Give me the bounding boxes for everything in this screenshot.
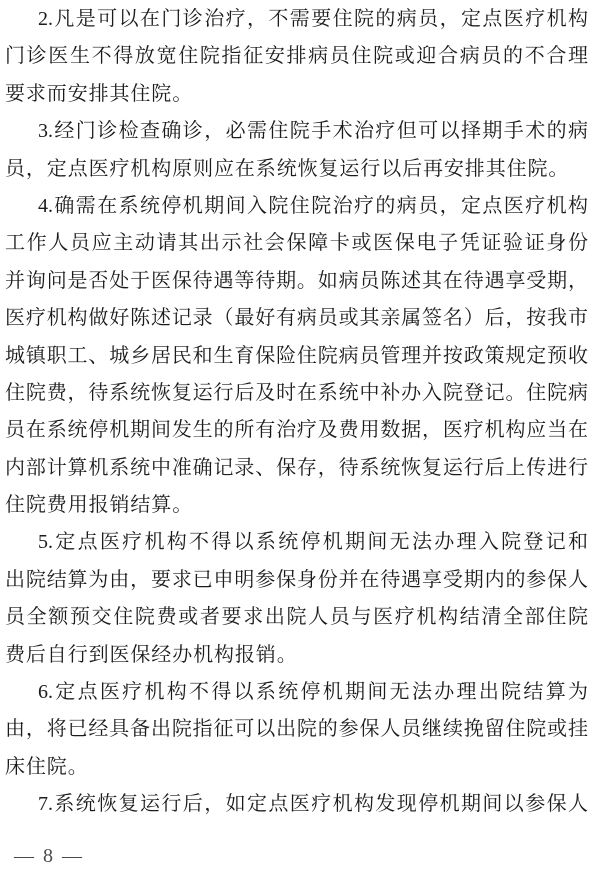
text-line: 出院结算为由，要求已申明参保身份并在待遇享受期内的参保人: [5, 562, 588, 599]
text-line: 7.系统恢复运行后，如定点医疗机构发现停机期间以参保人: [5, 786, 588, 823]
text-line: 6.定点医疗机构不得以系统停机期间无法办理出院结算为: [5, 674, 588, 711]
text-line: 2.凡是可以在门诊治疗，不需要住院的病员，定点医疗机构: [5, 1, 588, 38]
document-body: 2.凡是可以在门诊治疗，不需要住院的病员，定点医疗机构门诊医生不得放宽住院指征安…: [5, 1, 588, 824]
text-line: 5.定点医疗机构不得以系统停机期间无法办理入院登记和: [5, 524, 588, 561]
text-line: 4.确需在系统停机期间入院住院治疗的病员，定点医疗机构: [5, 188, 588, 225]
text-line: 工作人员应主动请其出示社会保障卡或医保电子凭证验证身份: [5, 225, 588, 262]
text-line: 员全额预交住院费或者要求出院人员与医疗机构结清全部住院: [5, 599, 588, 636]
text-line: 城镇职工、城乡居民和生育保险住院病员管理并按政策规定预收: [5, 338, 588, 375]
text-line: 费后自行到医保经办机构报销。: [5, 637, 588, 674]
text-line: 3.经门诊检查确诊，必需住院手术治疗但可以择期手术的病: [5, 113, 588, 150]
text-line: 门诊医生不得放宽住院指征安排病员住院或迎合病员的不合理: [5, 38, 588, 75]
text-line: 住院费用报销结算。: [5, 487, 588, 524]
text-line: 员在系统停机期间发生的所有治疗及费用数据，医疗机构应当在: [5, 412, 588, 449]
text-line: 医疗机构做好陈述记录（最好有病员或其亲属签名）后，按我市: [5, 300, 588, 337]
text-line: 内部计算机系统中准确记录、保存，待系统恢复运行后上传进行: [5, 450, 588, 487]
text-line: 要求而安排其住院。: [5, 76, 588, 113]
text-line: 并询问是否处于医保待遇等待期。如病员陈述其在待遇享受期，: [5, 263, 588, 300]
text-line: 员，定点医疗机构原则应在系统恢复运行以后再安排其住院。: [5, 151, 588, 188]
text-line: 由，将已经具备出院指征可以出院的参保人员继续挽留住院或挂: [5, 711, 588, 748]
text-line: 住院费，待系统恢复运行后及时在系统中补办入院登记。住院病: [5, 375, 588, 412]
document-page: 2.凡是可以在门诊治疗，不需要住院的病员，定点医疗机构门诊医生不得放宽住院指征安…: [0, 0, 593, 880]
text-line: 床住院。: [5, 749, 588, 786]
page-number: — 8 —: [14, 842, 84, 870]
